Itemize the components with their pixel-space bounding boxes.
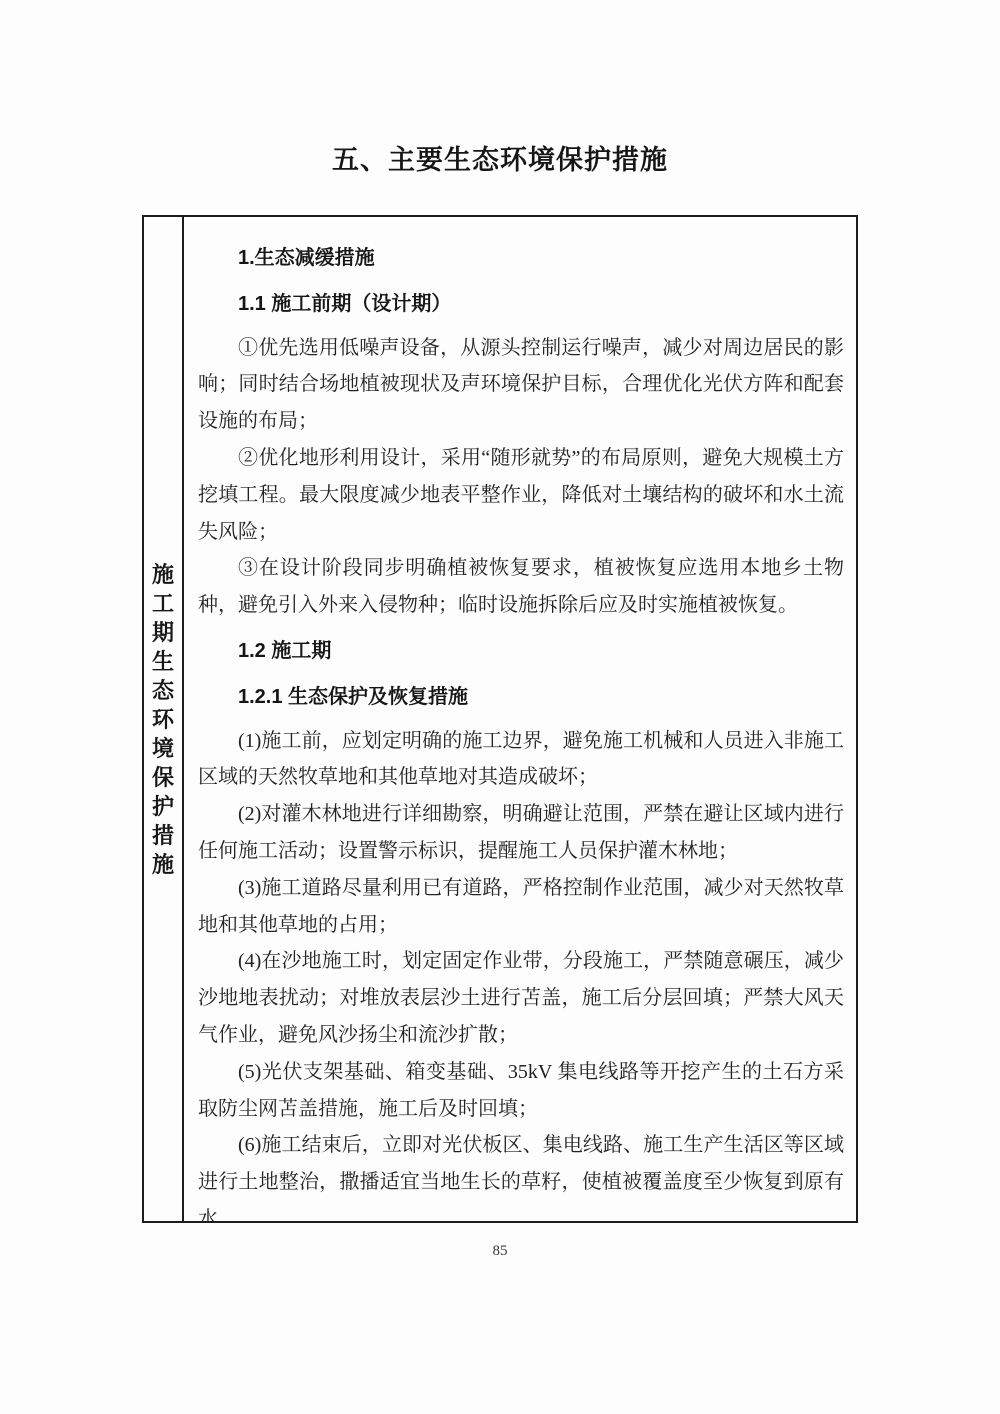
paragraph: ②优化地形利用设计，采用“随形就势”的布局原则，避免大规模土方挖填工程。最大限度… [198,440,844,550]
paragraph: (6)施工结束后，立即对光伏板区、集电线路、施工生产生活区等区域进行土地整治，撒… [198,1127,844,1221]
page-title: 五、主要生态环境保护措施 [0,138,1000,177]
row-header-cell: 施工期生态环境保护措施 [144,217,184,1221]
section-heading: 1.2.1 生态保护及恢复措施 [198,679,844,716]
section-heading: 1.生态减缓措施 [198,240,844,277]
paragraph: (2)对灌木林地进行详细勘察，明确避让范围，严禁在避让区域内进行任何施工活动；设… [198,796,844,870]
paragraph: ③在设计阶段同步明确植被恢复要求，植被恢复应选用本地乡土物种，避免引入外来入侵物… [198,550,844,624]
paragraph: (3)施工道路尽量利用已有道路，严格控制作业范围，减少对天然牧草地和其他草地的占… [198,870,844,944]
measures-table: 施工期生态环境保护措施 1.生态减缓措施 1.1 施工前期（设计期） ①优先选用… [142,215,858,1223]
paragraph: (1)施工前，应划定明确的施工边界，避免施工机械和人员进入非施工区域的天然牧草地… [198,723,844,797]
page-number: 85 [0,1243,1000,1260]
paragraph: (4)在沙地施工时，划定固定作业带，分段施工，严禁随意碾压，减少沙地地表扰动；对… [198,943,844,1053]
section-heading: 1.1 施工前期（设计期） [198,286,844,323]
document-page: 五、主要生态环境保护措施 施工期生态环境保护措施 1.生态减缓措施 1.1 施工… [0,0,1000,1414]
row-header-text: 施工期生态环境保护措施 [151,560,175,879]
content-cell: 1.生态减缓措施 1.1 施工前期（设计期） ①优先选用低噪声设备，从源头控制运… [184,217,856,1221]
section-heading: 1.2 施工期 [198,633,844,670]
paragraph: (5)光伏支架基础、箱变基础、35kV 集电线路等开挖产生的土石方采取防尘网苫盖… [198,1054,844,1128]
paragraph: ①优先选用低噪声设备，从源头控制运行噪声，减少对周边居民的影响；同时结合场地植被… [198,330,844,440]
